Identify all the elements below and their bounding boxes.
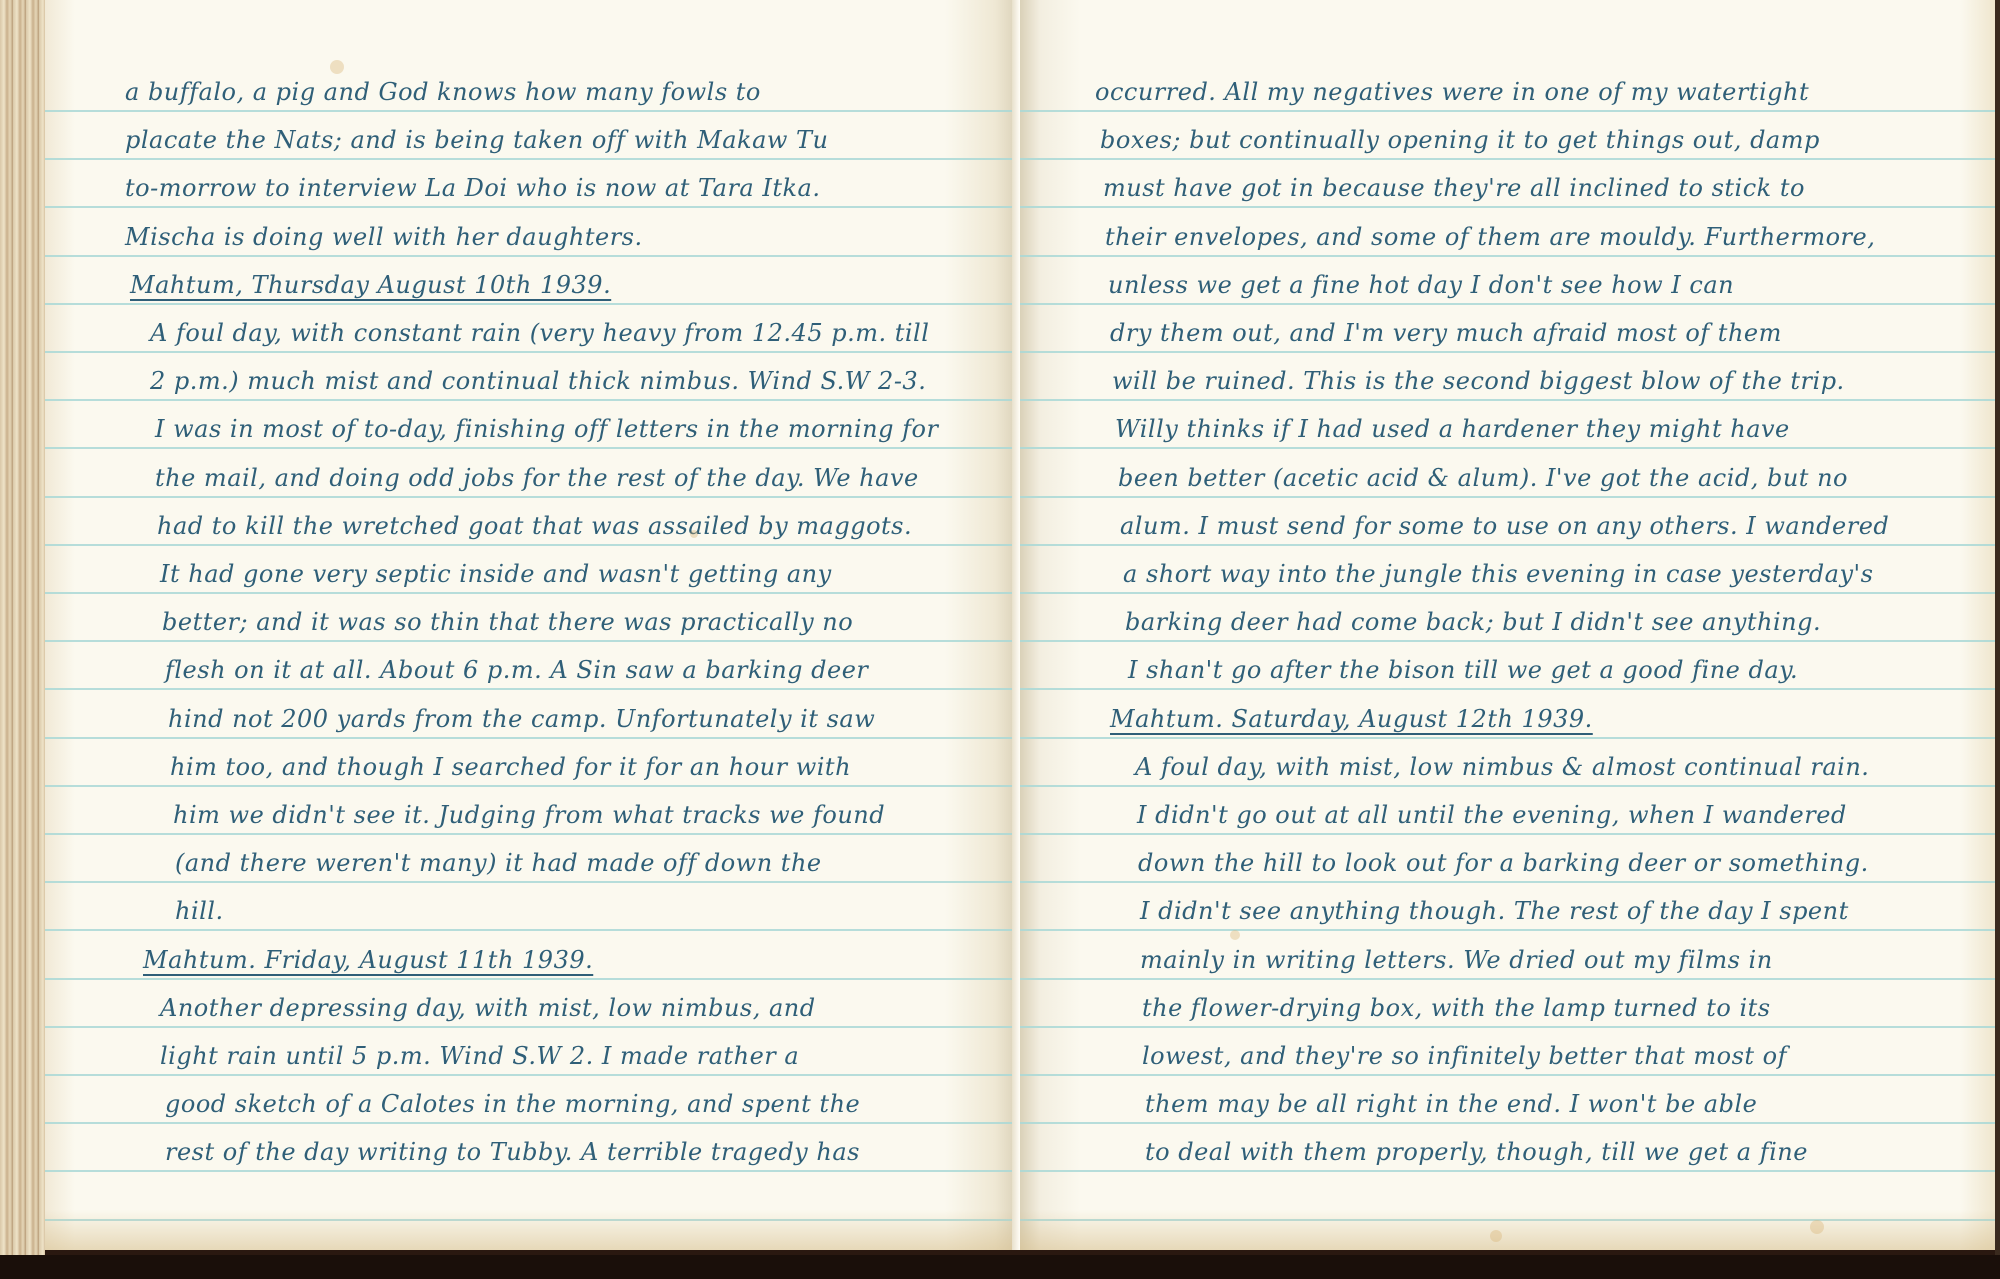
ruled-line <box>45 929 1020 931</box>
ruled-line <box>45 1170 1020 1172</box>
ruled-line <box>45 785 1020 787</box>
handwritten-line: I didn't see anything though. The rest o… <box>1140 897 1849 925</box>
handwritten-line: will be ruined. This is the second bigge… <box>1112 367 1845 395</box>
ruled-line <box>1020 592 1995 594</box>
ruled-line <box>1020 399 1995 401</box>
handwritten-line: It had gone very septic inside and wasn'… <box>160 560 832 588</box>
handwritten-line: 2 p.m.) much mist and continual thick ni… <box>150 367 926 395</box>
handwritten-line: the mail, and doing odd jobs for the res… <box>155 464 919 492</box>
handwritten-line: a short way into the jungle this evening… <box>1123 560 1873 588</box>
handwritten-line: to deal with them properly, though, till… <box>1145 1138 1808 1166</box>
handwritten-line: hind not 200 yards from the camp. Unfort… <box>168 705 875 733</box>
ruled-line <box>1020 206 1995 208</box>
handwritten-line: a buffalo, a pig and God knows how many … <box>125 78 761 106</box>
handwritten-line: barking deer had come back; but I didn't… <box>1125 608 1821 636</box>
ruled-line <box>45 110 1020 112</box>
ruled-line <box>1020 640 1995 642</box>
ruled-line <box>45 399 1020 401</box>
handwritten-line: down the hill to look out for a barking … <box>1138 849 1869 877</box>
ruled-line <box>1020 737 1995 739</box>
ruled-line <box>1020 255 1995 257</box>
ruled-line <box>45 640 1020 642</box>
handwritten-line: rest of the day writing to Tubby. A terr… <box>165 1138 860 1166</box>
ruled-line <box>45 544 1020 546</box>
handwritten-line: him too, and though I searched for it fo… <box>170 753 851 781</box>
ruled-line <box>1020 978 1995 980</box>
ruled-line <box>1020 110 1995 112</box>
ruled-line <box>45 688 1020 690</box>
handwritten-line: good sketch of a Calotes in the morning,… <box>165 1090 860 1118</box>
ruled-line <box>45 255 1020 257</box>
ruled-line <box>45 158 1020 160</box>
handwritten-line: I didn't go out at all until the evening… <box>1137 801 1847 829</box>
ruled-line <box>1020 929 1995 931</box>
handwritten-line: light rain until 5 p.m. Wind S.W 2. I ma… <box>160 1042 799 1070</box>
ruled-line <box>1020 688 1995 690</box>
ruled-line <box>45 303 1020 305</box>
handwritten-line: lowest, and they're so infinitely better… <box>1142 1042 1787 1070</box>
handwritten-line: A foul day, with mist, low nimbus & almo… <box>1135 753 1869 781</box>
ruled-line <box>1020 158 1995 160</box>
handwritten-line: occurred. All my negatives were in one o… <box>1095 78 1809 106</box>
entry-heading: Mahtum, Thursday August 10th 1939. <box>130 271 611 299</box>
ruled-line <box>1020 544 1995 546</box>
handwritten-line: placate the Nats; and is being taken off… <box>125 126 829 154</box>
handwritten-line: I shan't go after the bison till we get … <box>1128 656 1798 684</box>
handwritten-line: him we didn't see it. Judging from what … <box>173 801 885 829</box>
handwritten-line: to-morrow to interview La Doi who is now… <box>125 174 820 202</box>
ruled-line <box>45 1026 1020 1028</box>
handwritten-line: flesh on it at all. About 6 p.m. A Sin s… <box>165 656 868 684</box>
handwritten-line: the flower-drying box, with the lamp tur… <box>1142 994 1771 1022</box>
handwritten-line: them may be all right in the end. I won'… <box>1145 1090 1757 1118</box>
handwritten-line: I was in most of to-day, finishing off l… <box>155 415 938 443</box>
handwritten-line: boxes; but continually opening it to get… <box>1100 126 1820 154</box>
ruled-line <box>1020 1170 1995 1172</box>
ruled-line <box>45 978 1020 980</box>
ruled-line <box>1020 496 1995 498</box>
ruled-line <box>45 351 1020 353</box>
notebook-spread: a buffalo, a pig and God knows how many … <box>0 0 2000 1255</box>
ruled-line <box>45 737 1020 739</box>
ruled-line <box>1020 785 1995 787</box>
ruled-line <box>45 1219 1020 1221</box>
paper-stain <box>690 530 698 538</box>
handwritten-line: unless we get a fine hot day I don't see… <box>1108 271 1734 299</box>
paper-stain <box>330 60 344 74</box>
paper-stain <box>1490 1230 1502 1242</box>
paper-stain <box>1230 930 1240 940</box>
ruled-line <box>45 206 1020 208</box>
handwritten-line: A foul day, with constant rain (very hea… <box>150 319 929 347</box>
paper-stain <box>1810 1220 1824 1234</box>
handwritten-line: must have got in because they're all inc… <box>1103 174 1805 202</box>
ruled-line <box>45 592 1020 594</box>
handwritten-line: dry them out, and I'm very much afraid m… <box>1110 319 1782 347</box>
handwritten-line: alum. I must send for some to use on any… <box>1120 512 1889 540</box>
ruled-line <box>1020 303 1995 305</box>
ruled-line <box>1020 1122 1995 1124</box>
handwritten-line: hill. <box>175 897 224 925</box>
ruled-line <box>45 447 1020 449</box>
ruled-line <box>45 1074 1020 1076</box>
entry-heading: Mahtum. Saturday, August 12th 1939. <box>1110 705 1593 733</box>
ruled-line <box>1020 833 1995 835</box>
left-page: a buffalo, a pig and God knows how many … <box>45 0 1020 1250</box>
handwritten-line: better; and it was so thin that there wa… <box>162 608 853 636</box>
ruled-line <box>1020 881 1995 883</box>
ruled-line <box>45 881 1020 883</box>
handwritten-line: their envelopes, and some of them are mo… <box>1105 223 1875 251</box>
ruled-line <box>1020 447 1995 449</box>
handwritten-line: Another depressing day, with mist, low n… <box>160 994 816 1022</box>
ruled-line <box>45 1122 1020 1124</box>
handwritten-line: had to kill the wretched goat that was a… <box>157 512 912 540</box>
page-edges-left <box>0 0 45 1255</box>
ruled-line <box>1020 351 1995 353</box>
ruled-line <box>45 496 1020 498</box>
ruled-line <box>1020 1219 1995 1221</box>
handwritten-line: (and there weren't many) it had made off… <box>175 849 822 877</box>
handwritten-line: Mischa is doing well with her daughters. <box>125 223 643 251</box>
entry-heading: Mahtum. Friday, August 11th 1939. <box>143 946 593 974</box>
handwritten-line: Willy thinks if I had used a hardener th… <box>1115 415 1790 443</box>
book-cover-edge-right <box>1995 0 2000 1255</box>
ruled-line <box>45 833 1020 835</box>
ruled-line <box>1020 1074 1995 1076</box>
handwritten-line: been better (acetic acid & alum). I've g… <box>1118 464 1848 492</box>
right-page: occurred. All my negatives were in one o… <box>1020 0 1995 1250</box>
handwritten-line: mainly in writing letters. We dried out … <box>1140 946 1773 974</box>
ruled-line <box>1020 1026 1995 1028</box>
